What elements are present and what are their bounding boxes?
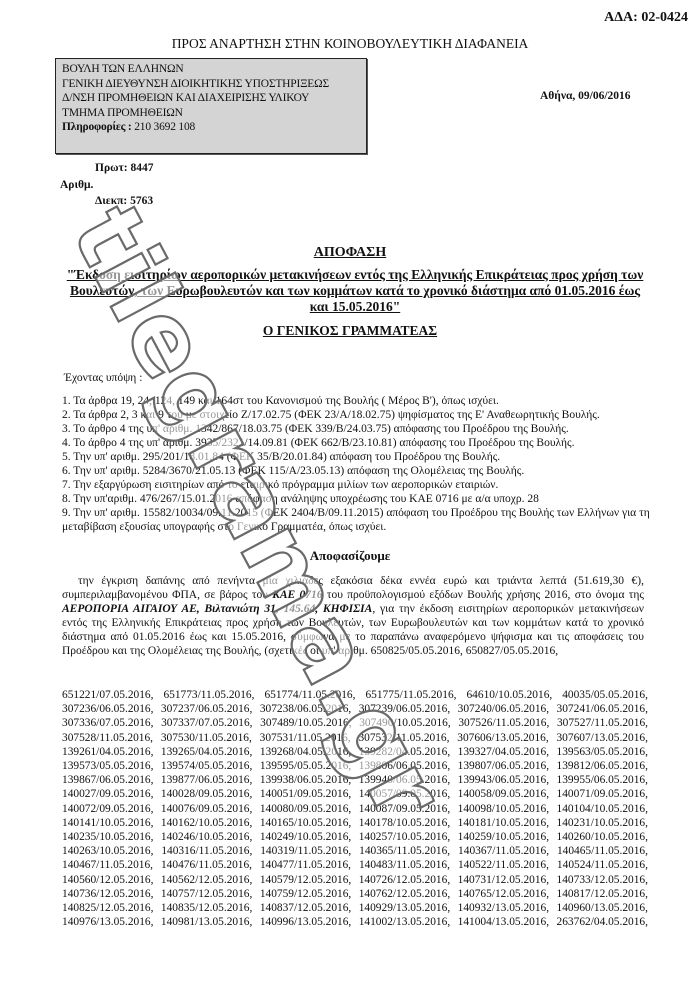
reference-entry: 140027/09.05.2016, xyxy=(62,787,153,801)
reference-entry: 140483/11.05.2016, xyxy=(359,858,450,872)
reference-entry: 307530/11.05.2016, xyxy=(161,731,252,745)
reference-entry: 140162/10.05.2016, xyxy=(161,816,252,830)
org-line: ΤΜΗΜΑ ΠΡΟΜΗΘΕΙΩΝ xyxy=(62,106,360,121)
reference-row: 651221/07.05.2016,651773/11.05.2016,6517… xyxy=(62,688,648,702)
decision-part: του προϋπολογισμού εξόδων Βουλής χρήσης … xyxy=(323,589,644,601)
reference-entry: 307489/10.05.2016, xyxy=(260,716,351,730)
reference-entry: 651773/11.05.2016, xyxy=(163,688,254,702)
number-label: Αριθμ. xyxy=(60,179,93,191)
reference-entry: 139268/04.05.2016, xyxy=(260,745,351,759)
reference-row: 140235/10.05.2016,140246/10.05.2016,1402… xyxy=(62,830,648,844)
consideration-item: 9. Την υπ' αριθμ. 15582/10034/09.11.2015… xyxy=(62,506,652,534)
reference-entry: 140477/11.05.2016, xyxy=(260,858,351,872)
reference-entry: 651775/11.05.2016, xyxy=(365,688,456,702)
reference-entry: 140178/10.05.2016, xyxy=(359,816,450,830)
reference-row: 140976/13.05.2016,140981/13.05.2016,1409… xyxy=(62,915,648,929)
reference-entry: 139938/06.05.2016, xyxy=(260,773,351,787)
consideration-item: 5. Την υπ' αριθμ. 295/201/18.01.84 (ΦΕΚ … xyxy=(62,450,652,464)
reference-entry: 139807/06.05.2016, xyxy=(458,759,549,773)
reference-entry: 140562/12.05.2016, xyxy=(161,873,252,887)
having-in-mind-label: Έχοντας υπόψη : xyxy=(64,372,142,384)
reference-entry: 141002/13.05.2016, xyxy=(359,915,450,929)
company-name: ΑΕΡΟΠΟΡΙΑ ΑΙΓΑΙΟΥ ΑΕ, Βιλτανιώτη 31, 145… xyxy=(62,603,372,615)
reference-entry: 139261/04.05.2016, xyxy=(62,745,153,759)
reference-entry: 140028/09.05.2016, xyxy=(161,787,252,801)
reference-entry: 307532/11.05.2016, xyxy=(358,731,449,745)
reference-entry: 140522/11.05.2016, xyxy=(458,858,549,872)
reference-entry: 651221/07.05.2016, xyxy=(62,688,153,702)
reference-entry: 307238/06.05.2016, xyxy=(260,702,351,716)
decision-text: την έγκριση δαπάνης από πενήντα μία χιλι… xyxy=(62,574,644,658)
reference-entry: 140560/12.05.2016, xyxy=(62,873,153,887)
reference-row: 307236/06.05.2016,307237/06.05.2016,3072… xyxy=(62,702,648,716)
reference-entry: 307237/06.05.2016, xyxy=(161,702,252,716)
reference-entry: 140996/13.05.2016, xyxy=(260,915,351,929)
info-label: Πληροφορίες : xyxy=(62,121,132,133)
reference-entry: 140929/13.05.2016, xyxy=(359,901,450,915)
reference-entry: 139806/06.05.2016, xyxy=(359,759,450,773)
reference-entry: 139573/05.05.2016, xyxy=(62,759,153,773)
reference-entry: 307531/11.05.2016, xyxy=(260,731,351,745)
consideration-item: 6. Την υπ' αριθμ. 5284/3670/21.05.13 (ΦΕ… xyxy=(62,464,652,478)
reference-entry: 140051/09.05.2016, xyxy=(260,787,351,801)
dispatch-number: Διεκπ: 5763 xyxy=(95,195,153,207)
reference-entry: 140524/11.05.2016, xyxy=(557,858,648,872)
reference-entry: 140316/11.05.2016, xyxy=(161,844,252,858)
reference-entry: 139595/05.05.2016, xyxy=(260,759,351,773)
reference-entry: 140058/09.05.2016, xyxy=(458,787,549,801)
reference-entry: 140257/10.05.2016, xyxy=(359,830,450,844)
reference-entry: 140235/10.05.2016, xyxy=(62,830,153,844)
reference-entry: 307240/06.05.2016, xyxy=(458,702,549,716)
reference-entry: 140231/10.05.2016, xyxy=(557,816,648,830)
reference-entry: 140476/11.05.2016, xyxy=(161,858,252,872)
reference-entry: 140076/09.05.2016, xyxy=(161,802,252,816)
considerations-list: 1. Τα άρθρα 19, 24, 124, 149 και 164στ τ… xyxy=(62,394,652,534)
reference-entry: 140762/12.05.2016, xyxy=(359,887,450,901)
reference-entry: 139265/04.05.2016, xyxy=(161,745,252,759)
reference-entry: 140165/10.05.2016, xyxy=(260,816,351,830)
reference-entry: 140080/09.05.2016, xyxy=(260,802,351,816)
reference-entry: 140249/10.05.2016, xyxy=(260,830,351,844)
document-subject: "Έκδοση εισιτηρίων αεροπορικών μετακινήσ… xyxy=(60,267,650,315)
budget-code: ΚΑΕ 0716 xyxy=(272,589,322,601)
reference-row: 140467/11.05.2016,140476/11.05.2016,1404… xyxy=(62,858,648,872)
reference-entry: 140731/12.05.2016, xyxy=(458,873,549,887)
reference-entry: 139563/05.05.2016, xyxy=(557,745,648,759)
consideration-item: 7. Την εξαργύρωση εισιτηρίων από το εται… xyxy=(62,478,652,492)
reference-entry: 141004/13.05.2016, xyxy=(458,915,549,929)
reference-entry: 307526/11.05.2016, xyxy=(458,716,549,730)
reference-row: 140263/10.05.2016,140316/11.05.2016,1403… xyxy=(62,844,648,858)
protocol-number: Πρωτ: 8447 xyxy=(95,162,154,174)
consideration-item: 2. Τα άρθρα 2, 3 και 9 του με στοιχείο Ζ… xyxy=(62,408,652,422)
reference-entry: 140181/10.05.2016, xyxy=(458,816,549,830)
consideration-item: 3. Το άρθρο 4 της υπ' αριθμ. 1342/867/18… xyxy=(62,422,652,436)
reference-entry: 140736/12.05.2016, xyxy=(62,887,153,901)
reference-entry: 140467/11.05.2016, xyxy=(62,858,153,872)
reference-entry: 140733/12.05.2016, xyxy=(557,873,648,887)
reference-row: 307528/11.05.2016,307530/11.05.2016,3075… xyxy=(62,731,648,745)
reference-entry: 140976/13.05.2016, xyxy=(62,915,153,929)
reference-entry: 307490/10.05.2016, xyxy=(359,716,450,730)
consideration-item: 8. Την υπ'αριθμ. 476/267/15.01.2016 απόφ… xyxy=(62,492,652,506)
reference-entry: 140932/13.05.2016, xyxy=(458,901,549,915)
reference-entry: 139867/06.05.2016, xyxy=(62,773,153,787)
reference-entry: 139877/06.05.2016, xyxy=(161,773,252,787)
org-line: ΓΕΝΙΚΗ ΔΙΕΥΘΥΝΣΗ ΔΙΟΙΚΗΤΙΚΗΣ ΥΠΟΣΤΗΡΙΞΕΩ… xyxy=(62,77,360,92)
info-phone: 210 3692 108 xyxy=(132,121,196,133)
reference-entry: 307528/11.05.2016, xyxy=(62,731,153,745)
reference-entry: 140087/09.05.2016, xyxy=(359,802,450,816)
reference-entry: 140263/10.05.2016, xyxy=(62,844,153,858)
reference-entry: 140757/12.05.2016, xyxy=(161,887,252,901)
reference-entry: 140759/12.05.2016, xyxy=(260,887,351,901)
reference-entry: 140072/09.05.2016, xyxy=(62,802,153,816)
reference-entry: 140071/09.05.2016, xyxy=(557,787,648,801)
reference-entry: 139327/04.05.2016, xyxy=(458,745,549,759)
reference-entry: 140465/11.05.2016, xyxy=(557,844,648,858)
reference-entry: 140246/10.05.2016, xyxy=(161,830,252,844)
consideration-item: 4. Το άρθρο 4 της υπ' αριθμ. 3935/2321/1… xyxy=(62,436,652,450)
reference-entry: 139940/06.05.2016, xyxy=(359,773,450,787)
reference-entry: 651774/11.05.2016, xyxy=(264,688,355,702)
signatory-heading: Ο ΓΕΝΙΚΟΣ ΓΡΑΜΜΑΤΕΑΣ xyxy=(0,323,700,339)
reference-entry: 140579/12.05.2016, xyxy=(260,873,351,887)
reference-row: 140027/09.05.2016,140028/09.05.2016,1400… xyxy=(62,787,648,801)
document-date: Αθήνα, 09/06/2016 xyxy=(540,90,631,102)
reference-entry: 307607/13.05.2016, xyxy=(556,731,647,745)
reference-row: 139261/04.05.2016,139265/04.05.2016,1392… xyxy=(62,745,648,759)
issuing-authority-box: ΒΟΥΛΗ ΤΩΝ ΕΛΛΗΝΩΝ ΓΕΝΙΚΗ ΔΙΕΥΘΥΝΣΗ ΔΙΟΙΚ… xyxy=(55,58,367,154)
reference-entry: 140057/09.05.2016, xyxy=(359,787,450,801)
reference-row: 140825/12.05.2016,140835/12.05.2016,1408… xyxy=(62,901,648,915)
reference-entry: 140835/12.05.2016, xyxy=(161,901,252,915)
reference-entry: 139955/06.05.2016, xyxy=(557,773,648,787)
org-line: ΒΟΥΛΗ ΤΩΝ ΕΛΛΗΝΩΝ xyxy=(62,62,360,77)
reference-entry: 307336/07.05.2016, xyxy=(62,716,153,730)
reference-entry: 140765/12.05.2016, xyxy=(458,887,549,901)
reference-entry: 140726/12.05.2016, xyxy=(359,873,450,887)
reference-row: 139867/06.05.2016,139877/06.05.2016,1399… xyxy=(62,773,648,787)
reference-entry: 64610/10.05.2016, xyxy=(466,688,552,702)
org-line: Δ/ΝΣΗ ΠΡΟΜΗΘΕΙΩΝ ΚΑΙ ΔΙΑΧΕΙΡΙΣΗΣ ΥΛΙΚΟΥ xyxy=(62,91,360,106)
reference-entry: 140259/10.05.2016, xyxy=(458,830,549,844)
reference-entry: 139943/06.05.2016, xyxy=(458,773,549,787)
reference-row: 140072/09.05.2016,140076/09.05.2016,1400… xyxy=(62,802,648,816)
reference-row: 140141/10.05.2016,140162/10.05.2016,1401… xyxy=(62,816,648,830)
reference-entry: 140825/12.05.2016, xyxy=(62,901,153,915)
info-line: Πληροφορίες : 210 3692 108 xyxy=(62,120,360,135)
reference-entry: 307337/07.05.2016, xyxy=(161,716,252,730)
ada-code: ΑΔΑ: 02-0424 xyxy=(604,10,688,26)
reference-row: 307336/07.05.2016,307337/07.05.2016,3074… xyxy=(62,716,648,730)
reference-entry: 140960/13.05.2016, xyxy=(557,901,648,915)
reference-entry: 307606/13.05.2016, xyxy=(457,731,548,745)
reference-entry: 40035/05.05.2016, xyxy=(562,688,648,702)
reference-row: 140736/12.05.2016,140757/12.05.2016,1407… xyxy=(62,887,648,901)
reference-entry: 140365/11.05.2016, xyxy=(359,844,450,858)
reference-entry: 140104/10.05.2016, xyxy=(557,802,648,816)
reference-entry: 140141/10.05.2016, xyxy=(62,816,153,830)
reference-entry: 140319/11.05.2016, xyxy=(260,844,351,858)
reference-entry: 307239/06.05.2016, xyxy=(359,702,450,716)
reference-entry: 140098/10.05.2016, xyxy=(458,802,549,816)
reference-entry: 139282/04.05.2016, xyxy=(359,745,450,759)
reference-entry: 140981/13.05.2016, xyxy=(161,915,252,929)
reference-entry: 140837/12.05.2016, xyxy=(260,901,351,915)
reference-entry: 307527/11.05.2016, xyxy=(557,716,648,730)
decision-heading: Αποφασίζουμε xyxy=(0,548,700,564)
reference-entry: 140817/12.05.2016, xyxy=(557,887,648,901)
reference-entry: 139812/06.05.2016, xyxy=(557,759,648,773)
document-title: ΑΠΟΦΑΣΗ xyxy=(0,245,700,261)
reference-entry: 307236/06.05.2016, xyxy=(62,702,153,716)
posting-notice: ΠΡΟΣ ΑΝΑΡΤΗΣΗ ΣΤΗΝ ΚΟΙΝΟΒΟΥΛΕΥΤΙΚΗ ΔΙΑΦΑ… xyxy=(0,36,700,52)
reference-entry: 263762/04.05.2016, xyxy=(557,915,648,929)
reference-entry: 140260/10.05.2016, xyxy=(557,830,648,844)
reference-entry: 140367/11.05.2016, xyxy=(458,844,549,858)
reference-row: 139573/05.05.2016,139574/05.05.2016,1395… xyxy=(62,759,648,773)
reference-entry: 139574/05.05.2016, xyxy=(161,759,252,773)
reference-row: 140560/12.05.2016,140562/12.05.2016,1405… xyxy=(62,873,648,887)
reference-numbers: 651221/07.05.2016,651773/11.05.2016,6517… xyxy=(62,688,648,929)
reference-entry: 307241/06.05.2016, xyxy=(557,702,648,716)
consideration-item: 1. Τα άρθρα 19, 24, 124, 149 και 164στ τ… xyxy=(62,394,652,408)
